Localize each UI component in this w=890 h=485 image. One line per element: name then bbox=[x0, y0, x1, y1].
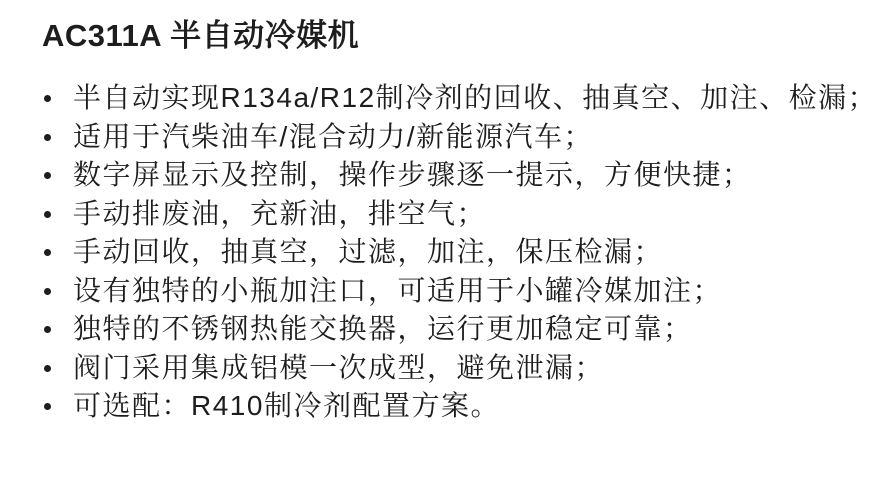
feature-item: 适用于汽柴油车/混合动力/新能源汽车； bbox=[42, 118, 862, 157]
feature-list: 半自动实现R134a/R12制冷剂的回收、抽真空、加注、检漏； 适用于汽柴油车/… bbox=[42, 79, 862, 426]
feature-item: 手动回收，抽真空，过滤，加注，保压检漏； bbox=[42, 233, 862, 272]
bullet-icon bbox=[44, 326, 51, 333]
feature-item: 独特的不锈钢热能交换器，运行更加稳定可靠； bbox=[42, 310, 862, 349]
feature-text: 数字屏显示及控制，操作步骤逐一提示，方便快捷； bbox=[73, 159, 752, 190]
product-title: AC311A 半自动冷媒机 bbox=[42, 16, 862, 56]
bullet-icon bbox=[44, 403, 51, 410]
feature-item: 手动排废油，充新油，排空气； bbox=[42, 195, 862, 234]
feature-item: 可选配：R410制冷剂配置方案。 bbox=[42, 387, 862, 426]
feature-text: 半自动实现R134a/R12制冷剂的回收、抽真空、加注、检漏； bbox=[73, 82, 877, 113]
bullet-icon bbox=[44, 211, 51, 218]
feature-text: 手动排废油，充新油，排空气； bbox=[73, 198, 486, 229]
bullet-icon bbox=[44, 134, 51, 141]
bullet-icon bbox=[44, 95, 51, 102]
bullet-icon bbox=[44, 249, 51, 256]
product-description-page: AC311A 半自动冷媒机 半自动实现R134a/R12制冷剂的回收、抽真空、加… bbox=[0, 0, 890, 485]
feature-item: 设有独特的小瓶加注口，可适用于小罐冷媒加注； bbox=[42, 272, 862, 311]
feature-item: 数字屏显示及控制，操作步骤逐一提示，方便快捷； bbox=[42, 156, 862, 195]
feature-text: 独特的不锈钢热能交换器，运行更加稳定可靠； bbox=[73, 313, 693, 344]
feature-text: 阀门采用集成铝模一次成型，避免泄漏； bbox=[73, 352, 604, 383]
feature-text: 适用于汽柴油车/混合动力/新能源汽车； bbox=[73, 121, 593, 152]
feature-item: 阀门采用集成铝模一次成型，避免泄漏； bbox=[42, 349, 862, 388]
feature-text: 手动回收，抽真空，过滤，加注，保压检漏； bbox=[73, 236, 663, 267]
feature-text: 可选配：R410制冷剂配置方案。 bbox=[73, 390, 500, 421]
feature-item: 半自动实现R134a/R12制冷剂的回收、抽真空、加注、检漏； bbox=[42, 79, 862, 118]
bullet-icon bbox=[44, 172, 51, 179]
bullet-icon bbox=[44, 365, 51, 372]
bullet-icon bbox=[44, 288, 51, 295]
feature-text: 设有独特的小瓶加注口，可适用于小罐冷媒加注； bbox=[73, 275, 722, 306]
